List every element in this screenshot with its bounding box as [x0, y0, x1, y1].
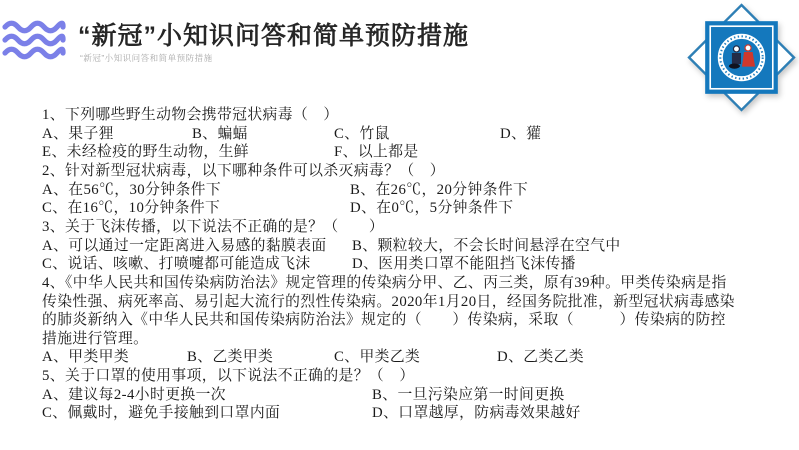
question-5: 5、关于口罩的使用事项，以下说法不正确的是？（ ）: [42, 364, 787, 383]
page-title: “新冠”小知识问答和简单预防措施: [78, 16, 469, 52]
question-4-options: A、甲类甲类B、乙类甲类C、甲类乙类D、乙类乙类: [42, 345, 787, 364]
logo-figure-right-head: [745, 45, 751, 51]
question-5-options-cd: C、佩戴时，避免手接触到口罩内面D、口罩越厚，防病毒效果越好: [42, 401, 787, 420]
wave-line-3: [5, 49, 63, 57]
waves-icon: [2, 19, 66, 63]
logo-blue-square: [705, 21, 778, 94]
presentation-slide: “新冠”小知识问答和简单预防措施 “新冠”小知识问答和简单预防措施 1、下列哪些…: [0, 0, 799, 450]
school-logo: [686, 2, 797, 113]
question-3: 3、关于飞沫传播，以下说法不正确的是？（ ）: [42, 215, 787, 234]
question-5-options-ab: A、建议每2-4小时更换一次B、一旦污染应第一时间更换: [42, 383, 787, 402]
logo-figure-left-body: [732, 53, 741, 64]
q5-option-c: C、佩戴时，避免手接触到口罩内面: [42, 401, 280, 422]
question-3-options-ab: A、可以通过一定距离进入易感的黏膜表面B、颗粒较大，不会长时间悬浮在空气中: [42, 234, 787, 253]
question-3-options-cd: C、说话、咳嗽、打喷嚏都可能造成飞沫D、医用类口罩不能阻挡飞沫传播: [42, 252, 787, 271]
question-4-line-2: 传染性强、病死率高、易引起大流行的烈性传染病。2020年1月20日，经国务院批准…: [42, 290, 787, 309]
quiz-body: 1、下列哪些野生动物会携带冠状病毒（ ）A、果子狸B、蝙蝠C、竹鼠D、獾E、未经…: [42, 103, 787, 433]
question-4-line-3: 的肺炎新纳入《中华人民共和国传染病防治法》规定的（ ）传染病，采取（ ）传染病的…: [42, 308, 787, 327]
question-4-line-1: 4、《中华人民共和国传染病防治法》规定管理的传染病分甲、乙、丙三类，原有39种。…: [42, 271, 787, 290]
page-subtitle: “新冠”小知识问答和简单预防措施: [80, 52, 213, 64]
question-2-options-cd: C、在16℃，10分钟条件下D、在0℃，5分钟条件下: [42, 196, 787, 215]
question-2: 2、针对新型冠状病毒，以下哪种条件可以杀灭病毒？（ ）: [42, 159, 787, 178]
logo-figure-left-head: [733, 46, 739, 52]
q5-option-d: D、口罩越厚，防病毒效果越好: [372, 401, 581, 422]
question-2-options-ab: A、在56℃，30分钟条件下B、在26℃，20分钟条件下: [42, 178, 787, 197]
logo-figure-left-base: [729, 63, 740, 68]
question-1-options-ef: E、未经检疫的野生动物，生鲜F、以上都是: [42, 140, 787, 159]
question-1: 1、下列哪些野生动物会携带冠状病毒（ ）: [42, 103, 787, 122]
wave-line-2: [5, 36, 63, 44]
question-1-options-abcd: A、果子狸B、蝙蝠C、竹鼠D、獾: [42, 122, 787, 141]
question-4-line-4: 措施进行管理。: [42, 327, 787, 346]
wave-line-1: [5, 23, 63, 31]
